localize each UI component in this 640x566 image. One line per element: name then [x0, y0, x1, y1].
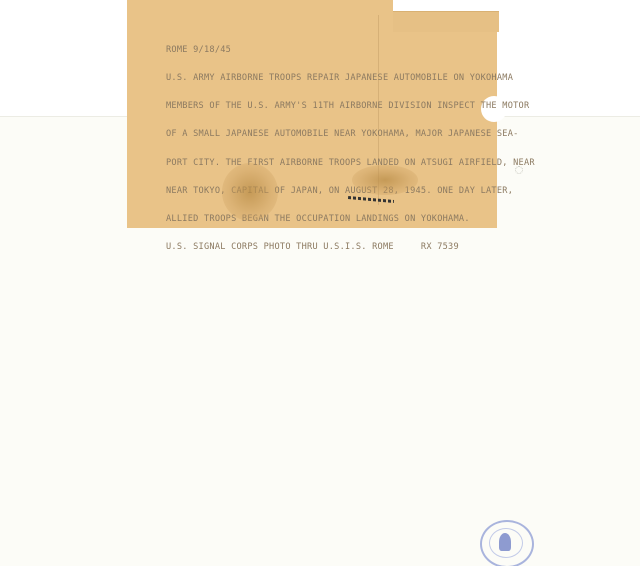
typed-caption: ROME 9/18/45 U.S. ARMY AIRBORNE TROOPS R…	[166, 27, 506, 262]
speck	[515, 166, 523, 174]
caption-line-credit: U.S. SIGNAL CORPS PHOTO THRU U.S.I.S. RO…	[166, 243, 506, 252]
caption-line: NEAR TOKYO, CAPITAL OF JAPAN, ON AUGUST …	[166, 187, 506, 196]
caption-line-dateline: ROME 9/18/45	[166, 46, 506, 55]
ink-stamp	[480, 520, 534, 566]
stain	[222, 163, 278, 221]
caption-line: OF A SMALL JAPANESE AUTOMOBILE NEAR YOKO…	[166, 130, 506, 139]
stain	[352, 165, 418, 195]
slip-cutout	[393, 0, 503, 11]
caption-line-headline: U.S. ARMY AIRBORNE TROOPS REPAIR JAPANES…	[166, 74, 506, 83]
stamp-emblem-icon	[499, 533, 511, 551]
caption-line: PORT CITY. THE FIRST AIRBORNE TROOPS LAN…	[166, 159, 506, 168]
caption-line: ALLIED TROOPS BEGAN THE OCCUPATION LANDI…	[166, 215, 506, 224]
caption-line: MEMBERS OF THE U.S. ARMY'S 11TH AIRBORNE…	[166, 102, 506, 111]
